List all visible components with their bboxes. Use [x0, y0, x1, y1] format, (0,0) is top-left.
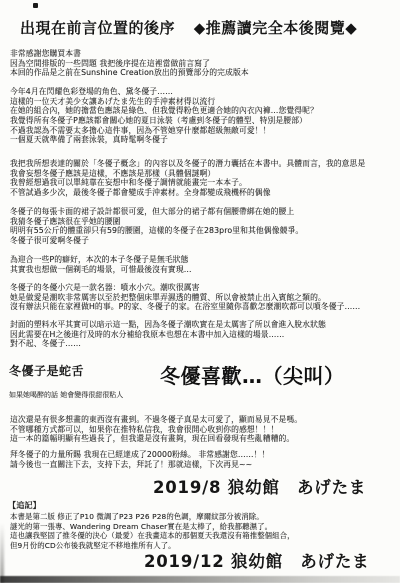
signature-2019-12: 2019/12 狼幼館 あげたま [144, 548, 369, 572]
text-line: 拜冬優子的力量所賜 我現在已經達成了20000粉絲。 非常感謝您……！！ [10, 450, 269, 460]
text-line: 封面的塑料水平其實可以暗示這一點，因為冬優子潮吹實在是太厲害了所以會進入脫水狀態 [10, 320, 326, 330]
paragraph-postscript: 本書是第二版 修正了P10 微調了P23 P26 P28的色調，摩爾紋部分被消除… [10, 512, 295, 550]
scan-edge-shade [0, 523, 4, 583]
paragraph-thanks: 非常感謝您購買本書 因為空間排版的一些問題 我把後序提在這裡當做前言寫了 本回的… [10, 49, 249, 78]
paragraph-cover-note: 封面的塑料水平其實可以暗示這一點，因為冬優子潮吹實在是太厲害了所以會進入脫水狀態… [10, 320, 326, 349]
text-line: 我把我所想表達的關於「冬優子概念」的內容以及冬優子的潛力囊括在本書中。具體而言，… [10, 159, 365, 169]
text-line: 這次還是有很多想畫的東西沒有畫到。不過冬優子真是太可愛了，顯而易見不是嗎。 [10, 415, 302, 425]
text-line: 她是做愛是潮吹非常厲害以至於把整個床單弄濕透的體質、所以會被禁止出入賓館之類的。 [10, 293, 360, 303]
text-line: 今年4月在閃耀色彩登場的角色、黛冬優子…… [10, 87, 318, 97]
text-line: 不管試過多少次，最後冬優子都會變成手沖素材。全身都變成飛機杯的偶像 [10, 188, 365, 198]
text-line: 我會妄想冬優子應該是這樣，不應該是那樣（具體個謎啊） [10, 169, 365, 179]
text-line: 因為空間排版的一些問題 我把後序提在這裡當做前言寫了 [10, 59, 249, 69]
text-line: 冬優子的冬優小穴是一款名器：噴水小穴。潮吹很厲害 [10, 283, 360, 293]
text-line: 在她的組合內，她的擔當色應該是綠色、但我覺得粉色更適合她的內衣內褲…您覺得呢？ [10, 106, 318, 116]
paragraph-preference: 為迎合一些P的癖好，本次的本子冬優子是無毛狀態 其實我也想做一個剃毛的場景，可惜… [10, 255, 192, 274]
text-line: 對不起、冬優子…… [10, 339, 326, 349]
text-line: 因此需要在H之後進行及時的水分補給我原本也想在本書中加入這樣的場景…… [10, 330, 326, 340]
signature-2019-8: 2019/8 狼幼館 あげたま [153, 474, 366, 498]
text-line: 請今後也一直關注下去，支持下去，拜託了！那就這樣，下次再見~~ [10, 460, 269, 470]
text-line: 我猜冬優子應該很在乎她的腰圍 [10, 217, 303, 227]
scan-artifact-mark [33, 3, 38, 8]
paragraph-concept: 我把我所想表達的關於「冬優子概念」的內容以及冬優子的潛力囊括在本書中。具體而言，… [10, 159, 365, 197]
text-line: 本回的作品是之前在Sunshine Creation放出的預覽部分的完成版本 [10, 68, 249, 78]
scanned-afterword-page: 出現在前言位置的後序 ◆推薦讀完全本後閱覽◆ 非常感謝您購買本書 因為空間排版的… [0, 0, 400, 583]
paragraph-followers-thanks: 拜冬優子的力量所賜 我現在已經達成了20000粉絲。 非常感謝您……！！ 請今後… [10, 450, 269, 469]
text-line: 這樣的一位天才美少女讓あげたま先生的手沖素材得以流行 [10, 97, 318, 107]
text-line: 這也讓我堅固了推冬優的決心（最愛）在我畫這本的那個夏天我還沒有箱推整個組合， [10, 531, 295, 541]
headline-snake-tongue: 冬優子是蛇舌 [9, 362, 84, 379]
paragraph-closing: 這次還是有很多想畫的東西沒有畫到。不過冬優子真是太可愛了，顯而易見不是嗎。 不管… [10, 415, 302, 444]
text-line: 謎光的第一張專、Wandering Dream Chaser實在是太棒了，給我都… [10, 522, 295, 532]
text-line: 冬優子的每張卡面的裙子設計都很可愛，但大部分的裙子都有個腰帶綁在她的腰上 [10, 207, 303, 217]
page-title: 出現在前言位置的後序 ◆推薦讀完全本後閱覽◆ [20, 17, 390, 38]
headline-scream: 冬優喜歡…（尖叫） [160, 360, 345, 389]
text-line: 一個夏天就準備了兩套泳裝，真時髦啊冬優子 [10, 135, 307, 145]
postscript-label: 【追記】 [8, 500, 41, 511]
text-line: 冬優子很可愛啊冬優子 [10, 236, 303, 246]
title-main: 出現在前言位置的後序 [20, 19, 175, 37]
paragraph-character-intro: 今年4月在閃耀色彩登場的角色、黛冬優子…… 這樣的一位天才美少女讓あげたま先生的… [10, 87, 318, 116]
paragraph-card-design: 冬優子的每張卡面的裙子設計都很可愛，但大部分的裙子都有個腰帶綁在她的腰上 我猜冬… [10, 207, 303, 245]
text-line: 明明有55公斤的體重卻只有59的腰圍，這樣的冬優子在283pro里和其他偶像競爭… [10, 226, 303, 236]
text-line: 本書是第二版 修正了P10 微調了P23 P26 P28的色調，摩爾紋部分被消除… [10, 512, 295, 522]
text-line: 這一本的篇幅明顯有些過長了，但我還是沒有畫夠，現在回看發現有些亂糟糟的。 [10, 434, 302, 444]
text-line: 非常感謝您購買本書 [10, 49, 249, 59]
text-line: 我曾經想過我可以單純靠在妄想中和冬優子調情就能畫完一本本子。 [10, 178, 365, 188]
title-note: ◆推薦讀完全本後閱覽◆ [194, 19, 358, 37]
text-line: 不管哪種方式都可以，如果你在推特私信我，我會很開心收到你的感想！！！ [10, 425, 302, 435]
text-line: 其實我也想做一個剃毛的場景，可惜最後沒有實現… [10, 265, 192, 275]
text-line: 我覺得所有冬優子P應該都會關心她的夏日泳裝（考慮到冬優子的體型、特別是腰部） [10, 116, 307, 126]
text-line: 不過我認為不需要太多擔心這件事，因為不管她穿什麼都超級無敵可愛！！ [10, 126, 307, 136]
paragraph-swimsuit: 我覺得所有冬優子P應該都會關心她的夏日泳裝（考慮到冬優子的體型、特別是腰部） 不… [10, 116, 307, 145]
paragraph-trait: 冬優子的冬優小穴是一款名器：噴水小穴。潮吹很厲害 她是做愛是潮吹非常厲害以至於把… [10, 283, 360, 312]
text-line: 沒有辦法只能在家裡做H的事。P的家、冬優子的家。在浴室里隨你喜歡怎麼潮吹都可以噴… [10, 302, 360, 312]
text-line: 為迎合一些P的癖好，本次的本子冬優子是無毛狀態 [10, 255, 192, 265]
scan-edge-shadow [0, 576, 400, 583]
drunk-note-line: 如果她喝醉的話 她會變得很甜很粘人 [9, 390, 123, 400]
